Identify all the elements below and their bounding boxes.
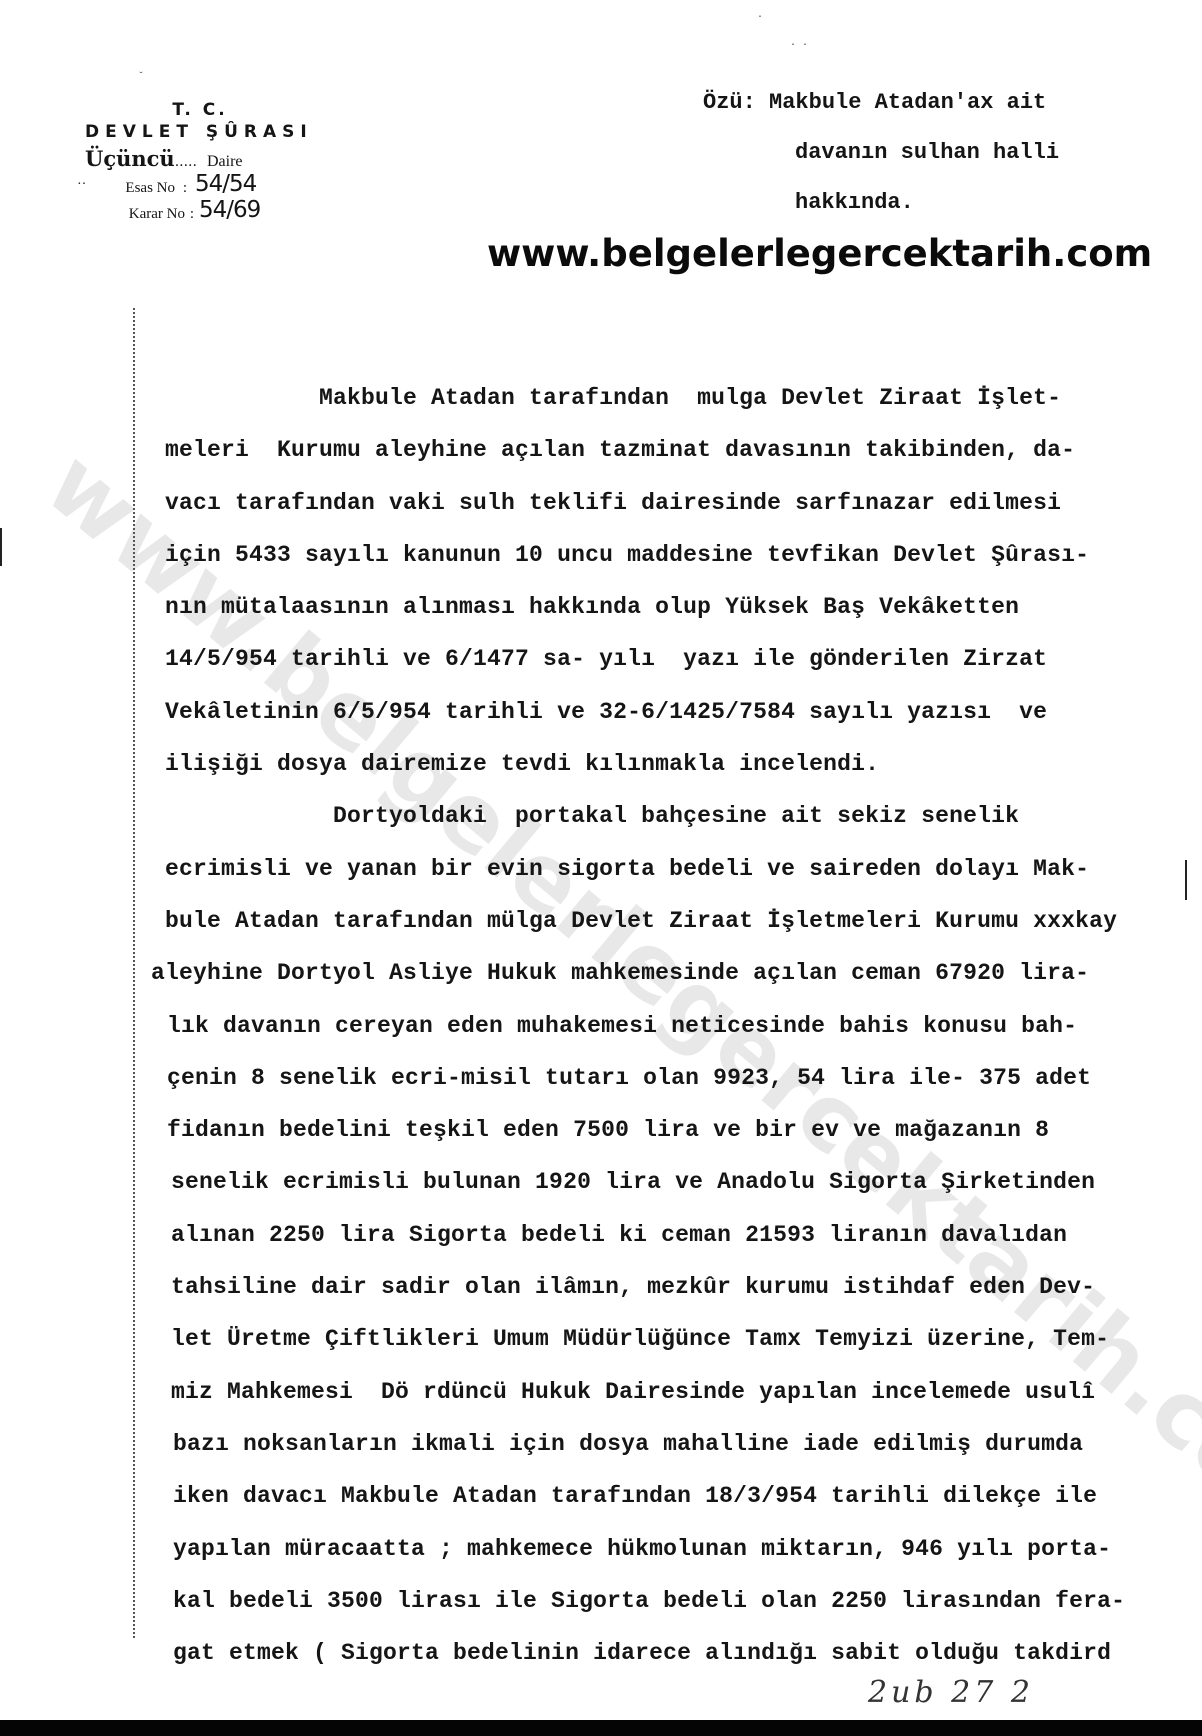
department-dots: ..... (175, 154, 197, 170)
text-line: senelik ecrimisli bulunan 1920 lira ve A… (171, 1156, 1195, 1208)
text-line: vacı tarafından vaki sulh teklifi daires… (165, 477, 1195, 529)
department-line: Üçüncü.....Daire (85, 146, 325, 171)
text-line: Dortyoldaki portakal bahçesine ait sekiz… (165, 790, 1195, 842)
subject-line-1: Özü: Makbule Atadan'ax ait (703, 90, 1046, 115)
text-line: lık davanın cereyan eden muhakemesi neti… (167, 1000, 1195, 1052)
scan-speck: ˇ (138, 72, 144, 83)
text-line: fidanın bedelini teşkil eden 7500 lira v… (167, 1104, 1195, 1156)
subject-line-2: davanın sulhan halli (703, 128, 1059, 178)
document-page: T. C. DEVLET ŞÛRASI Üçüncü.....Daire ·· … (0, 0, 1202, 1736)
text-line: Vekâletinin 6/5/954 tarihli ve 32-6/1425… (165, 686, 1195, 738)
document-body: Makbule Atadan tarafından mulga Devlet Z… (165, 372, 1195, 1679)
text-line: Makbule Atadan tarafından mulga Devlet Z… (165, 372, 1195, 424)
left-edge-mark (0, 528, 2, 566)
text-line: yapılan müracaatta ; mahkemece hükmoluna… (173, 1523, 1195, 1575)
text-line: bule Atadan tarafından mülga Devlet Zira… (165, 895, 1195, 947)
text-line: 14/5/954 tarihli ve 6/1477 sa- yılı yazı… (165, 633, 1195, 685)
watermark-url: www.belgelerlegercektarih.com (487, 232, 1152, 275)
text-line: bazı noksanların ikmali için dosya mahal… (173, 1418, 1195, 1470)
text-line: meleri Kurumu aleyhine açılan tazminat d… (165, 424, 1195, 476)
country-label: T. C. (85, 100, 315, 120)
text-line: tahsiline dair sadir olan ilâmın, mezkûr… (171, 1261, 1195, 1313)
esas-colon: : (175, 180, 195, 197)
text-line: kal bedeli 3500 lirası ile Sigorta bedel… (173, 1575, 1195, 1627)
handwritten-annotation: 2ub 27 2 (868, 1675, 1034, 1710)
scan-speck: · · (790, 40, 808, 51)
text-line: iken davacı Makbule Atadan tarafından 18… (173, 1470, 1195, 1522)
scan-bottom-border (0, 1720, 1202, 1736)
lead-dots: ·· (77, 177, 86, 193)
karar-row: Karar No : 54/69 (85, 197, 325, 223)
subject-block: Özü: Makbule Atadan'ax ait davanın sulha… (703, 78, 1059, 228)
organization-name: DEVLET ŞÛRASI (85, 122, 325, 142)
subject-line-3: hakkında. (703, 178, 1059, 228)
text-line: için 5433 sayılı kanunun 10 uncu maddesi… (165, 529, 1195, 581)
text-line: miz Mahkemesi Dö rdüncü Hukuk Dairesinde… (171, 1366, 1195, 1418)
karar-colon: : (185, 206, 199, 223)
department-suffix: Daire (207, 153, 243, 170)
esas-value: 54/54 (195, 171, 256, 197)
text-line: ilişiği dosya dairemize tevdi kılınmakla… (165, 738, 1195, 790)
text-line: ecrimisli ve yanan bir evin sigorta bede… (165, 843, 1195, 895)
scan-speck: · (757, 12, 763, 23)
text-line: nın mütalaasının alınması hakkında olup … (165, 581, 1195, 633)
karar-value: 54/69 (199, 197, 260, 223)
esas-row: ·· Esas No : 54/54 (85, 171, 325, 197)
department-name: Üçüncü (85, 146, 175, 171)
text-line: çenin 8 senelik ecri-misil tutarı olan 9… (167, 1052, 1195, 1104)
karar-label: Karar No (85, 206, 185, 223)
header-block: T. C. DEVLET ŞÛRASI Üçüncü.....Daire ·· … (85, 100, 325, 223)
text-line: aleyhine Dortyol Asliye Hukuk mahkemesin… (151, 947, 1195, 999)
esas-label: Esas No (85, 180, 175, 197)
margin-dotted-line (133, 308, 135, 1638)
text-line: let Üretme Çiftlikleri Umum Müdürlüğünce… (171, 1313, 1195, 1365)
text-line: alınan 2250 lira Sigorta bedeli ki ceman… (171, 1209, 1195, 1261)
text-line: gat etmek ( Sigorta bedelinin idarece al… (173, 1627, 1195, 1679)
